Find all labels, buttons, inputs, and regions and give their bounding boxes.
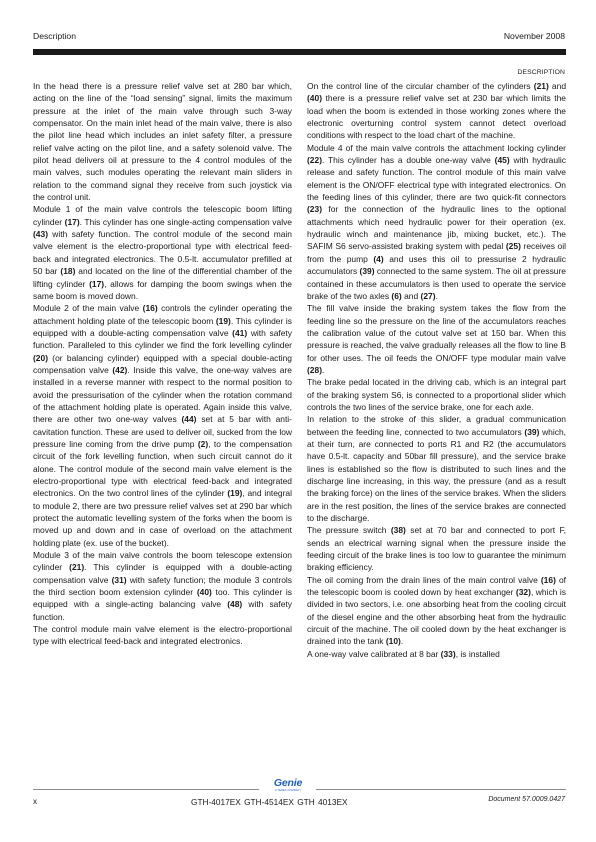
component-reference: (42) (112, 365, 127, 375)
header-rule (33, 49, 566, 55)
component-reference: (38) (391, 525, 406, 535)
paragraph: The fill valve inside the braking system… (307, 302, 566, 376)
component-reference: (18) (60, 266, 75, 276)
paragraph: The pressure switch (38) set at 70 bar a… (307, 524, 566, 573)
component-reference: (25) (506, 241, 521, 251)
component-reference: (43) (33, 229, 48, 239)
page-number: x (33, 797, 37, 806)
component-reference: (23) (307, 204, 322, 214)
component-reference: (21) (69, 562, 84, 572)
paragraph: A one-way valve calibrated at 8 bar (33)… (307, 648, 566, 660)
paragraph: Module 2 of the main valve (16) controls… (33, 302, 292, 549)
component-reference: (10) (386, 636, 401, 646)
component-reference: (40) (197, 587, 212, 597)
component-reference: (27) (421, 291, 436, 301)
component-reference: (39) (360, 266, 375, 276)
genie-logo: Genie A TEREX COMPANY (262, 778, 314, 792)
component-reference: (16) (143, 303, 158, 313)
component-reference: (32) (516, 587, 531, 597)
component-reference: (4) (373, 254, 383, 264)
component-reference: (6) (391, 291, 401, 301)
component-reference: (28) (307, 365, 322, 375)
paragraph: The brake pedal located in the driving c… (307, 376, 566, 413)
document-number: Document 57.0009.0427 (488, 796, 565, 803)
component-reference: (22) (307, 155, 322, 165)
paragraph: In relation to the stroke of this slider… (307, 413, 566, 524)
section-label: DESCRIPTION (517, 69, 565, 76)
paragraph: In the head there is a pressure relief v… (33, 80, 292, 203)
paragraph: The control module main valve element is… (33, 623, 292, 648)
component-reference: (19) (227, 488, 242, 498)
component-reference: (19) (216, 316, 231, 326)
paragraph: The oil coming from the drain lines of t… (307, 574, 566, 648)
component-reference: (39) (524, 427, 539, 437)
paragraph: Module 1 of the main valve controls the … (33, 203, 292, 302)
paragraph: Module 4 of the main valve controls the … (307, 142, 566, 302)
component-reference: (41) (232, 328, 247, 338)
paragraph: Module 3 of the main valve controls the … (33, 549, 292, 623)
component-reference: (44) (181, 414, 196, 424)
component-reference: (31) (112, 575, 127, 585)
footer-models: GTH-4017EX GTH-4514EX GTH 4013EX (191, 797, 348, 807)
component-reference: (17) (65, 217, 80, 227)
component-reference: (16) (541, 575, 556, 585)
left-column: In the head there is a pressure relief v… (33, 80, 292, 648)
right-column: On the control line of the circular cham… (307, 80, 566, 660)
component-reference: (40) (307, 93, 322, 103)
component-reference: (45) (495, 155, 510, 165)
paragraph: On the control line of the circular cham… (307, 80, 566, 142)
component-reference: (2) (198, 439, 208, 449)
component-reference: (20) (33, 353, 48, 363)
component-reference: (48) (227, 599, 242, 609)
logo-tagline: A TEREX COMPANY (262, 789, 314, 792)
footer-rule-right (316, 789, 566, 790)
header-date: November 2008 (504, 31, 565, 41)
footer-rule-left (33, 789, 259, 790)
logo-wordmark: Genie (262, 778, 314, 789)
header-title: Description (33, 31, 76, 41)
component-reference: (17) (89, 279, 104, 289)
component-reference: (33) (441, 649, 456, 659)
component-reference: (21) (534, 81, 549, 91)
